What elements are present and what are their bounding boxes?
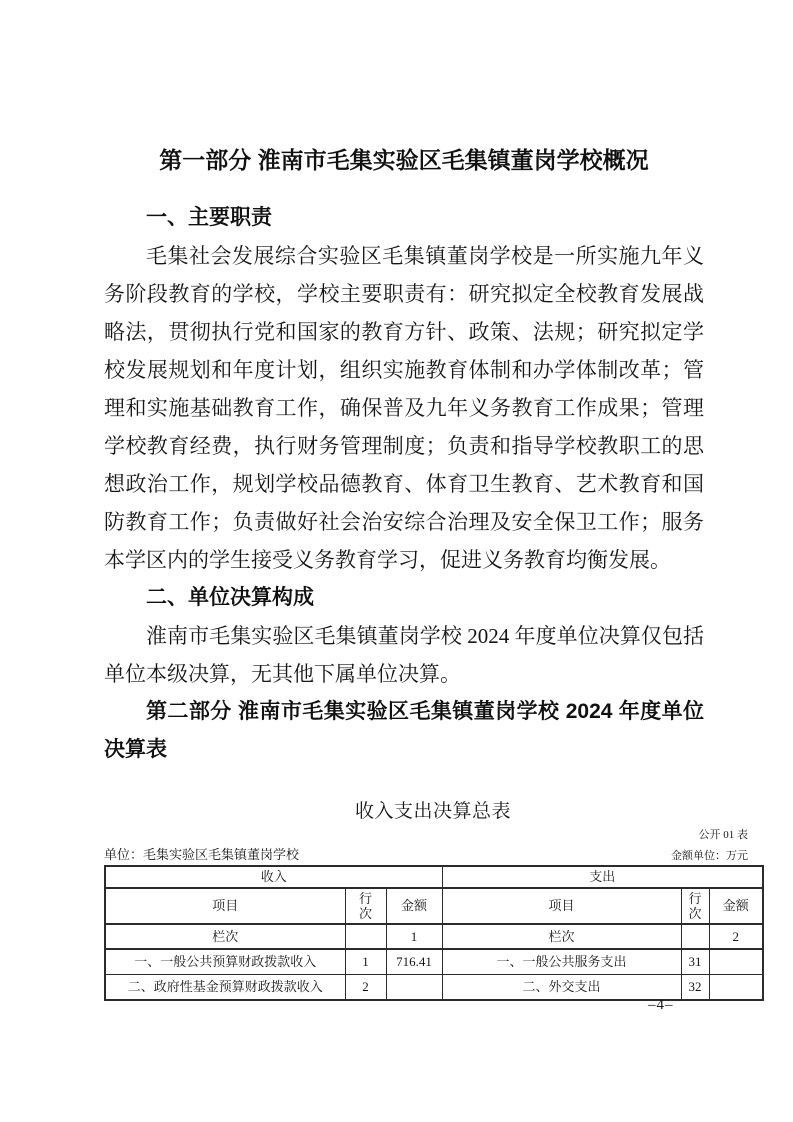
income-amount-col-header: 金额 [386, 888, 442, 924]
expense-line-col-header-text: 行次 [688, 891, 702, 921]
income-amount-cell [386, 975, 442, 1001]
income-lanci-line-cell [345, 924, 386, 949]
expense-item-col-header: 项目 [442, 888, 681, 924]
expense-line-cell: 31 [681, 949, 709, 975]
income-lanci-number: 1 [386, 924, 442, 949]
section1-paragraph: 毛集社会发展综合实验区毛集镇董岗学校是一所实施九年义务阶段教育的学校，学校主要职… [104, 237, 704, 579]
expense-amount-col-header: 金额 [709, 888, 763, 924]
income-line-col-header-text: 行次 [358, 891, 372, 921]
income-line-cell: 2 [345, 975, 386, 1001]
income-line-cell: 1 [345, 949, 386, 975]
expense-section-header: 支出 [442, 866, 763, 888]
column-number-row: 栏次 1 栏次 2 [105, 924, 763, 949]
section-header-row: 收入 支出 [105, 866, 763, 888]
income-expense-summary-table: 收入 支出 项目 行次 金额 项目 行次 金额 栏次 1 [104, 865, 764, 1001]
income-line-col-header: 行次 [345, 888, 386, 924]
sheet-number-label: 公开 01 表 [104, 829, 762, 842]
expense-line-col-header: 行次 [681, 888, 709, 924]
document-page: 第一部分 淮南市毛集实验区毛集镇董岗学校概况 一、主要职责 毛集社会发展综合实验… [0, 0, 793, 1122]
table-meta-row: 单位：毛集实验区毛集镇董岗学校 金额单位：万元 [104, 845, 762, 863]
section2-heading: 二、单位决算构成 [104, 579, 704, 617]
expense-amount-cell [709, 975, 763, 1001]
income-item-cell: 一、一般公共预算财政拨款收入 [105, 949, 345, 975]
summary-table-block: 收入支出决算总表 公开 01 表 单位：毛集实验区毛集镇董岗学校 金额单位：万元… [104, 800, 762, 1001]
income-amount-cell: 716.41 [386, 949, 442, 975]
column-header-row: 项目 行次 金额 项目 行次 金额 [105, 888, 763, 924]
part2-title: 第二部分 淮南市毛集实验区毛集镇董岗学校 2024 年度单位决算表 [104, 693, 704, 769]
expense-lanci-number: 2 [709, 924, 763, 949]
table-row: 一、一般公共预算财政拨款收入 1 716.41 一、一般公共服务支出 31 [105, 949, 763, 975]
page-number: –4– [648, 997, 674, 1014]
expense-item-cell: 一、一般公共服务支出 [442, 949, 681, 975]
expense-item-cell: 二、外交支出 [442, 975, 681, 1001]
expense-line-cell: 32 [681, 975, 709, 1001]
page-content: 第一部分 淮南市毛集实验区毛集镇董岗学校概况 一、主要职责 毛集社会发展综合实验… [104, 142, 762, 1001]
section1-heading: 一、主要职责 [104, 199, 704, 237]
income-item-cell: 二、政府性基金预算财政拨款收入 [105, 975, 345, 1001]
part1-title: 第一部分 淮南市毛集实验区毛集镇董岗学校概况 [104, 142, 704, 179]
expense-lanci-line-cell [681, 924, 709, 949]
amount-unit-label: 金额单位：万元 [671, 849, 762, 863]
section2-paragraph: 淮南市毛集实验区毛集镇董岗学校 2024 年度单位决算仅包括单位本级决算，无其他… [104, 617, 704, 693]
income-item-col-header: 项目 [105, 888, 345, 924]
expense-amount-cell [709, 949, 763, 975]
income-lanci-label: 栏次 [105, 924, 345, 949]
expense-lanci-label: 栏次 [442, 924, 681, 949]
org-label: 单位：毛集实验区毛集镇董岗学校 [104, 846, 299, 863]
income-section-header: 收入 [105, 866, 442, 888]
table-title: 收入支出决算总表 [104, 800, 762, 823]
